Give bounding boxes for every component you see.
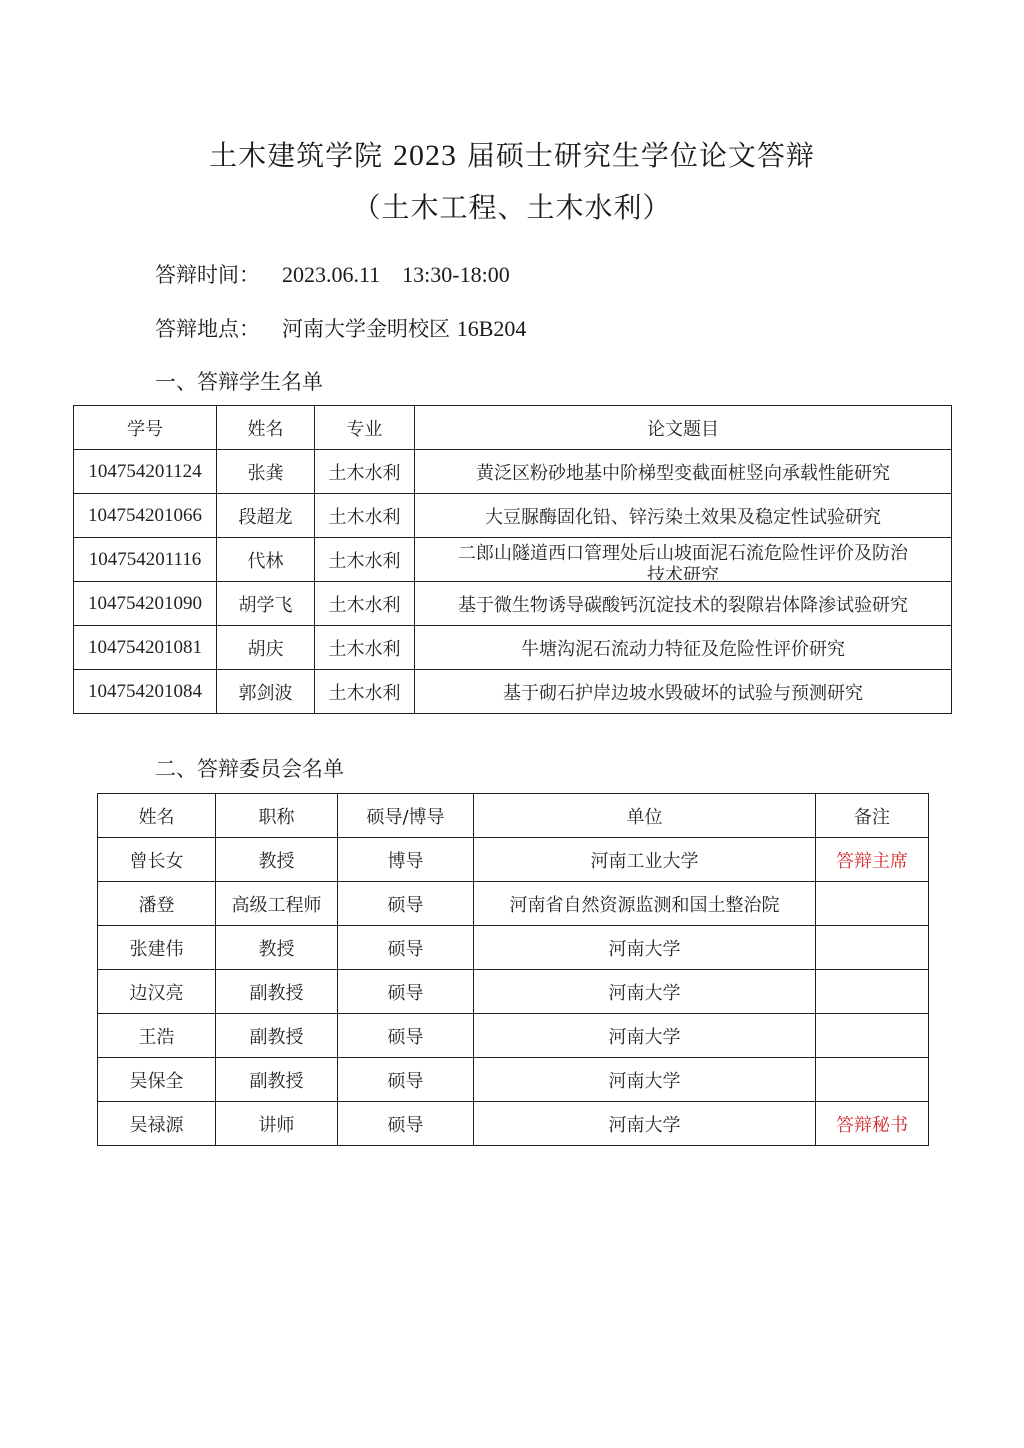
member-name: 吴禄源 [98,1102,216,1146]
table-row: 张建伟 教授 硕导 河南大学 [98,926,929,970]
time-value: 2023.06.11 13:30-18:00 [282,262,510,287]
col-header-major: 专业 [315,406,415,450]
place-room: 16B204 [457,316,527,341]
member-unit: 河南大学 [474,1014,816,1058]
thesis-title-text: 二郎山隧道西口管理处后山坡面泥石流危险性评价及防治技术研究 [415,543,951,580]
member-name: 曾长女 [98,838,216,882]
committee-table: 姓名 职称 硕导/博导 单位 备注 曾长女 教授 博导 河南工业大学 答辩主席 … [97,793,929,1146]
member-name: 王浩 [98,1014,216,1058]
student-id: 104754201124 [74,450,217,494]
defense-place: 答辩地点：河南大学金明校区 16B204 [155,313,526,343]
col-header-id: 学号 [74,406,217,450]
student-major: 土木水利 [315,670,415,714]
table-row: 边汉亮 副教授 硕导 河南大学 [98,970,929,1014]
member-note [816,970,929,1014]
col-header-note: 备注 [816,794,929,838]
member-supervisor: 硕导 [338,926,474,970]
member-supervisor: 硕导 [338,1058,474,1102]
col-header-unit: 单位 [474,794,816,838]
member-rank: 副教授 [216,1014,338,1058]
member-rank: 教授 [216,926,338,970]
time-label: 答辩时间： [155,263,260,287]
member-note [816,882,929,926]
student-major: 土木水利 [315,582,415,626]
defense-time: 答辩时间：2023.06.11 13:30-18:00 [155,259,510,289]
member-unit: 河南大学 [474,970,816,1014]
col-header-rank: 职称 [216,794,338,838]
member-note [816,926,929,970]
student-name: 段超龙 [217,494,315,538]
member-supervisor: 博导 [338,838,474,882]
table-row: 吴禄源 讲师 硕导 河南大学 答辩秘书 [98,1102,929,1146]
member-name: 边汉亮 [98,970,216,1014]
place-label: 答辩地点： [155,317,260,341]
thesis-title: 黄泛区粉砂地基中阶梯型变截面桩竖向承载性能研究 [415,450,952,494]
title-text-defense: 届硕士研究生学位论文答辩 [467,139,815,172]
student-major: 土木水利 [315,494,415,538]
member-supervisor: 硕导 [338,970,474,1014]
member-rank: 教授 [216,838,338,882]
table-row: 曾长女 教授 博导 河南工业大学 答辩主席 [98,838,929,882]
table-row: 104754201090 胡学飞 土木水利 基于微生物诱导碳酸钙沉淀技术的裂隙岩… [74,582,952,626]
thesis-title: 基于砌石护岸边坡水毁破坏的试验与预测研究 [415,670,952,714]
table-row: 潘登 高级工程师 硕导 河南省自然资源监测和国土整治院 [98,882,929,926]
student-name: 胡庆 [217,626,315,670]
table-row: 吴保全 副教授 硕导 河南大学 [98,1058,929,1102]
table-row: 104754201066 段超龙 土木水利 大豆脲酶固化铅、锌污染土效果及稳定性… [74,494,952,538]
table-header-row: 学号 姓名 专业 论文题目 [74,406,952,450]
col-header-title: 论文题目 [415,406,952,450]
student-major: 土木水利 [315,450,415,494]
committee-heading: 二、答辩委员会名单 [155,753,344,783]
member-rank: 副教授 [216,970,338,1014]
student-name: 郭剑波 [217,670,315,714]
student-major: 土木水利 [315,626,415,670]
member-unit: 河南大学 [474,1102,816,1146]
student-id: 104754201084 [74,670,217,714]
member-unit: 河南工业大学 [474,838,816,882]
member-note: 答辩主席 [816,838,929,882]
table-header-row: 姓名 职称 硕导/博导 单位 备注 [98,794,929,838]
student-name: 张龚 [217,450,315,494]
member-unit: 河南省自然资源监测和国土整治院 [474,882,816,926]
member-rank: 高级工程师 [216,882,338,926]
students-heading: 一、答辩学生名单 [155,366,323,396]
student-id: 104754201116 [74,538,217,582]
member-note [816,1058,929,1102]
member-supervisor: 硕导 [338,882,474,926]
student-name: 代林 [217,538,315,582]
member-unit: 河南大学 [474,1058,816,1102]
student-name: 胡学飞 [217,582,315,626]
member-name: 张建伟 [98,926,216,970]
student-id: 104754201066 [74,494,217,538]
table-row: 104754201116 代林 土木水利 二郎山隧道西口管理处后山坡面泥石流危险… [74,538,952,582]
table-row: 104754201084 郭剑波 土木水利 基于砌石护岸边坡水毁破坏的试验与预测… [74,670,952,714]
students-table: 学号 姓名 专业 论文题目 104754201124 张龚 土木水利 黄泛区粉砂… [73,405,952,714]
member-name: 潘登 [98,882,216,926]
member-note: 答辩秘书 [816,1102,929,1146]
member-name: 吴保全 [98,1058,216,1102]
col-header-name: 姓名 [217,406,315,450]
table-row: 104754201081 胡庆 土木水利 牛塘沟泥石流动力特征及危险性评价研究 [74,626,952,670]
table-row: 104754201124 张龚 土木水利 黄泛区粉砂地基中阶梯型变截面桩竖向承载… [74,450,952,494]
member-note [816,1014,929,1058]
table-row: 王浩 副教授 硕导 河南大学 [98,1014,929,1058]
thesis-title: 二郎山隧道西口管理处后山坡面泥石流危险性评价及防治技术研究 [415,538,952,582]
thesis-title: 基于微生物诱导碳酸钙沉淀技术的裂隙岩体降渗试验研究 [415,582,952,626]
col-header-name: 姓名 [98,794,216,838]
member-supervisor: 硕导 [338,1102,474,1146]
student-id: 104754201090 [74,582,217,626]
thesis-title: 牛塘沟泥石流动力特征及危险性评价研究 [415,626,952,670]
member-rank: 副教授 [216,1058,338,1102]
col-header-supervisor: 硕导/博导 [338,794,474,838]
document-title: 土木建筑学院 2023 届硕士研究生学位论文答辩 [0,134,1024,174]
title-year: 2023 [393,139,457,172]
student-major: 土木水利 [315,538,415,582]
title-text-college: 土木建筑学院 [209,139,383,172]
member-supervisor: 硕导 [338,1014,474,1058]
student-id: 104754201081 [74,626,217,670]
member-rank: 讲师 [216,1102,338,1146]
thesis-title: 大豆脲酶固化铅、锌污染土效果及稳定性试验研究 [415,494,952,538]
place-value: 河南大学金明校区 [282,317,450,341]
member-unit: 河南大学 [474,926,816,970]
document-subtitle: （土木工程、土木水利） [0,186,1024,226]
